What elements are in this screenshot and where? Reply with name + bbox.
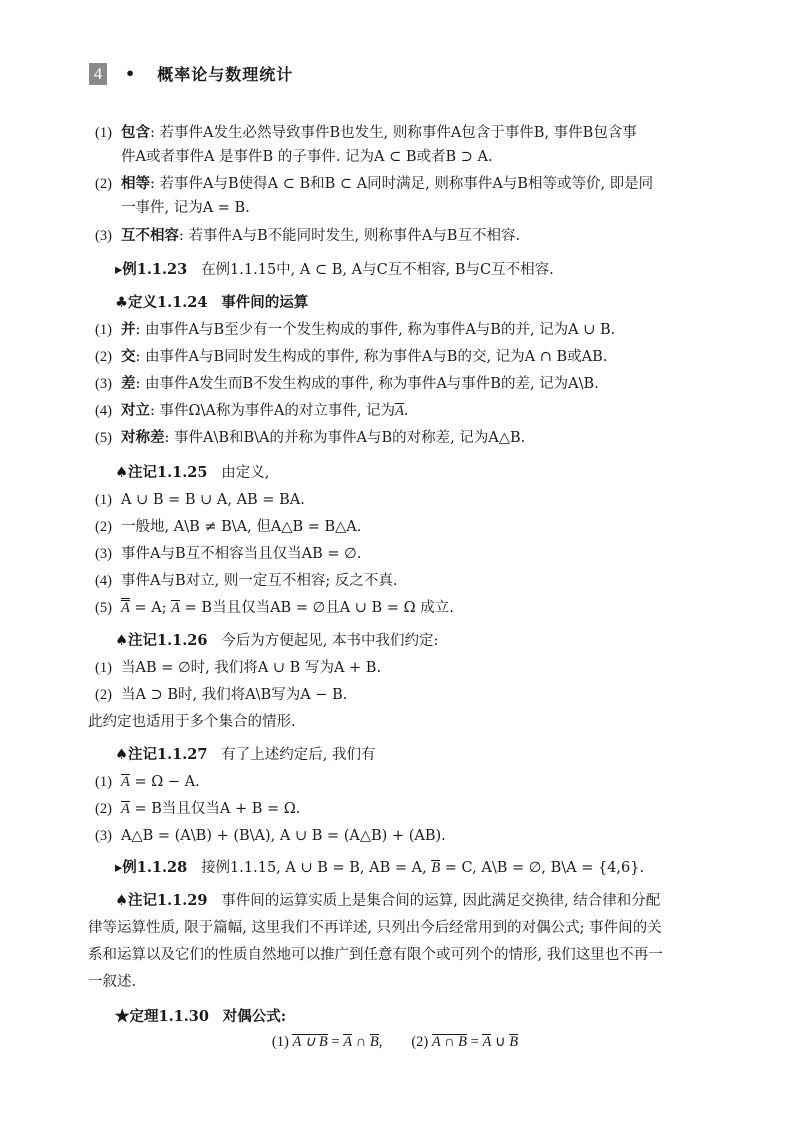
running-header: 4 • 概率论与数理统计 (89, 62, 293, 85)
remark-1-1-25: ♠注记1.1.25 由定义, (115, 463, 269, 483)
remark-29-line-4: 一叙述. (88, 972, 136, 992)
relation-2: (2)相等: 若事件A与B使得A ⊂ B和B ⊂ A同时满足, 则称事件A与B相… (95, 174, 653, 194)
page-number: 4 (89, 63, 107, 85)
relation-2-cont: 一事件, 记为A = B. (121, 198, 250, 218)
operation-complement: (4)对立: 事件Ω\A称为事件A的对立事件, 记为A. (95, 401, 409, 421)
remark-1-1-29: ♠注记1.1.29 事件间的运算实质上是集合间的运算, 因此满足交换律, 结合律… (115, 891, 660, 911)
operation-intersection: (2)交: 由事件A与B同时发生构成的事件, 称为事件A与B的交, 记为A ∩ … (95, 347, 607, 367)
relation-3: (3)互不相容: 若事件A与B不能同时发生, 则称事件A与B互不相容. (95, 226, 520, 246)
header-bullet: • (125, 64, 135, 83)
remark-27-item-3: (3)A△B = (A\B) + (B\A), A ∪ B = (A△B) + … (95, 826, 446, 846)
remark-27-item-1: (1)A = Ω − A. (95, 772, 200, 792)
remark-26-item-1: (1)当AB = ∅时, 我们将A ∪ B 写为A + B. (95, 658, 381, 678)
definition-1-1-24: ♣定义1.1.24 事件间的运算 (115, 293, 308, 313)
remark-25-item-3: (3)事件A与B互不相容当且仅当AB = ∅. (95, 544, 361, 564)
remark-26-footer: 此约定也适用于多个集合的情形. (88, 712, 296, 732)
remark-26-item-2: (2)当A ⊃ B时, 我们将A\B写为A − B. (95, 685, 347, 705)
book-title: 概率论与数理统计 (157, 62, 293, 85)
remark-1-1-26: ♠注记1.1.26 今后为方便起见, 本书中我们约定: (115, 631, 438, 651)
remark-25-item-4: (4)事件A与B对立, 则一定互不相容; 反之不真. (95, 571, 397, 591)
theorem-1-1-30: ★定理1.1.30 对偶公式: (115, 1007, 286, 1027)
operation-union: (1)并: 由事件A与B至少有一个发生构成的事件, 称为事件A与B的并, 记为A… (95, 320, 615, 340)
operation-symmetric-difference: (5)对称差: 事件A\B和B\A的并称为事件A与B的对称差, 记为A△B. (95, 428, 525, 448)
remark-29-line-3: 系和运算以及它们的性质自然地可以推广到任意有限个或可列个的情形, 我们这里也不再… (88, 945, 663, 965)
duality-formulas: (1) A ∪ B = A ∩ B, (2) A ∩ B = A ∪ B (0, 1032, 790, 1052)
remark-25-item-1: (1)A ∪ B = B ∪ A, AB = BA. (95, 490, 305, 510)
relation-1: (1)包含: 若事件A发生必然导致事件B也发生, 则称事件A包含于事件B, 事件… (95, 123, 637, 143)
example-1-1-23: ▸例1.1.23 在例1.1.15中, A ⊂ B, A与C互不相容, B与C互… (115, 260, 554, 280)
remark-29-line-2: 律等运算性质, 限于篇幅, 这里我们不再详述, 只列出今后经常用到的对偶公式; … (88, 918, 662, 938)
remark-1-1-27: ♠注记1.1.27 有了上述约定后, 我们有 (115, 745, 376, 765)
term: 包含 (121, 124, 150, 141)
remark-25-item-5: (5)A = A; A = B当且仅当AB = ∅且A ∪ B = Ω 成立. (95, 598, 454, 618)
example-1-1-28: ▸例1.1.28 接例1.1.15, A ∪ B = B, AB = A, B … (115, 858, 644, 878)
relation-1-cont: 件A或者事件A 是事件B 的子事件. 记为A ⊂ B或者B ⊃ A. (121, 147, 493, 167)
remark-27-item-2: (2)A = B当且仅当A + B = Ω. (95, 799, 300, 819)
remark-25-item-2: (2)一般地, A\B ≠ B\A, 但A△B = B△A. (95, 517, 361, 537)
operation-difference: (3)差: 由事件A发生而B不发生构成的事件, 称为事件A与事件B的差, 记为A… (95, 374, 599, 394)
